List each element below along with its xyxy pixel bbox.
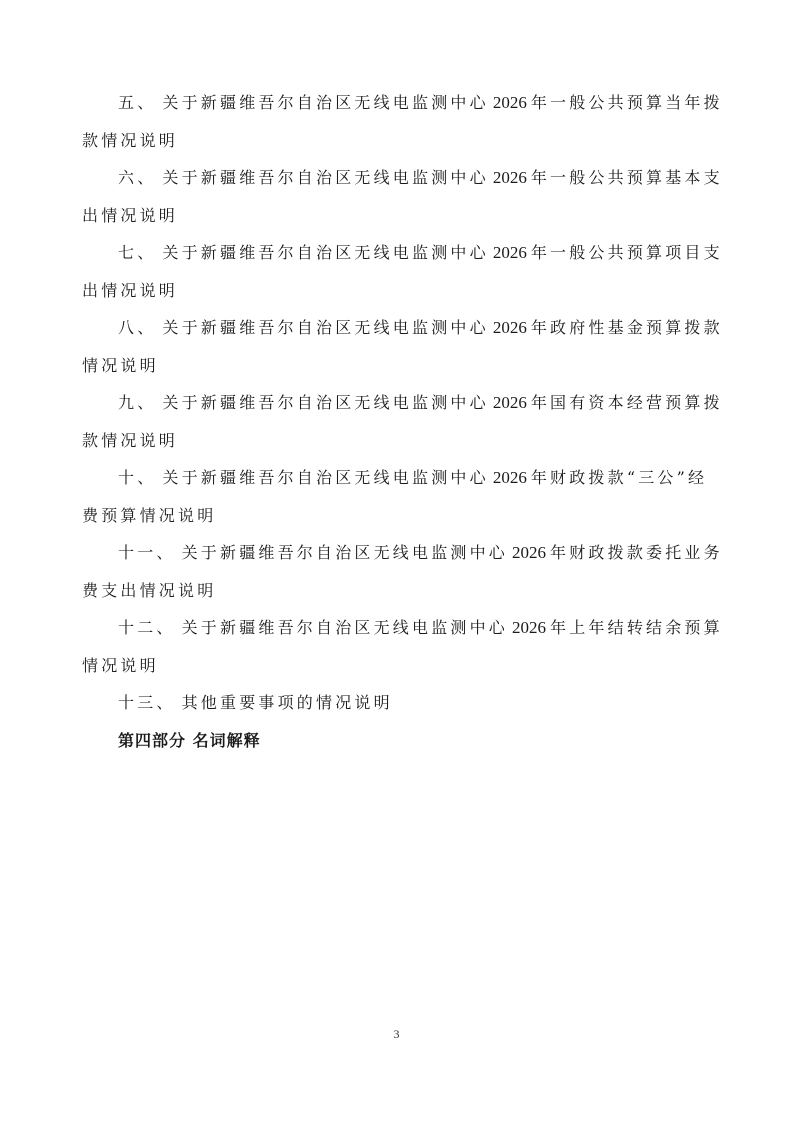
toc-item-number: 十二、 <box>118 618 176 637</box>
toc-item-number: 九、 <box>118 393 156 412</box>
toc-item-10: 十、关于新疆维吾尔自治区无线电监测中心2026年财政拨款“三公”经 费预算情况说… <box>118 459 710 534</box>
toc-item-6: 六、关于新疆维吾尔自治区无线电监测中心2026年一般公共预算基本支 出情况说明 <box>118 159 710 234</box>
toc-item-number: 五、 <box>118 93 156 112</box>
document-page: 五、关于新疆维吾尔自治区无线电监测中心2026年一般公共预算当年拨 款情况说明 … <box>0 0 793 1122</box>
toc-item-11: 十一、关于新疆维吾尔自治区无线电监测中心2026年财政拨款委托业务 费支出情况说… <box>118 534 710 609</box>
toc-item-number: 六、 <box>118 168 156 187</box>
toc-item-9: 九、关于新疆维吾尔自治区无线电监测中心2026年国有资本经营预算拨 款情况说明 <box>118 384 710 459</box>
section-heading: 第四部分 名词解释 <box>118 722 710 760</box>
toc-item-13: 十三、其他重要事项的情况说明 <box>118 684 710 722</box>
toc-item-number: 八、 <box>118 318 156 337</box>
toc-item-number: 七、 <box>118 243 156 262</box>
toc-item-number: 十三、 <box>118 693 176 712</box>
toc-item-8: 八、关于新疆维吾尔自治区无线电监测中心2026年政府性基金预算拨款 情况说明 <box>118 309 710 384</box>
table-of-contents: 五、关于新疆维吾尔自治区无线电监测中心2026年一般公共预算当年拨 款情况说明 … <box>118 84 710 759</box>
page-number: 3 <box>0 1027 793 1042</box>
toc-item-number: 十、 <box>118 468 156 487</box>
toc-item-12: 十二、关于新疆维吾尔自治区无线电监测中心2026年上年结转结余预算 情况说明 <box>118 609 710 684</box>
toc-item-5: 五、关于新疆维吾尔自治区无线电监测中心2026年一般公共预算当年拨 款情况说明 <box>118 84 710 159</box>
toc-item-number: 十一、 <box>118 543 176 562</box>
toc-item-7: 七、关于新疆维吾尔自治区无线电监测中心2026年一般公共预算项目支 出情况说明 <box>118 234 710 309</box>
